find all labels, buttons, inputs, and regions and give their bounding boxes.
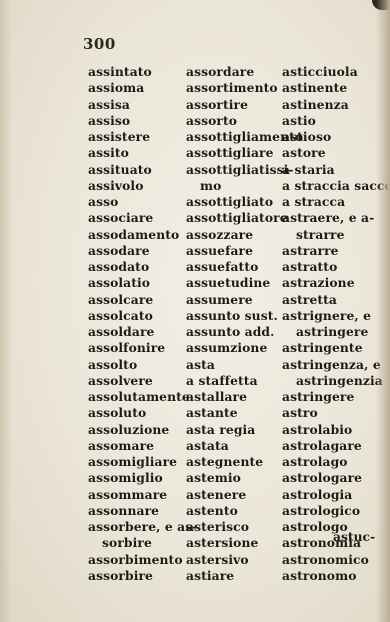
- dictionary-entry: assottigliamento: [186, 129, 286, 145]
- dictionary-entry: assonnare: [88, 503, 188, 519]
- dictionary-entry: astrazione: [282, 275, 382, 291]
- dictionary-entry: astersione: [186, 535, 286, 551]
- dictionary-entry: astenere: [186, 487, 286, 503]
- dictionary-entry: astata: [186, 438, 286, 454]
- dictionary-entry: assuefare: [186, 243, 286, 259]
- dictionary-entry: astro: [282, 405, 382, 421]
- dictionary-entry: assodare: [88, 243, 188, 259]
- dictionary-entry: assunto sust.: [186, 308, 286, 324]
- dictionary-entry: assolatio: [88, 275, 188, 291]
- dictionary-entry: assottigliatissi-: [186, 162, 286, 178]
- dictionary-entry: asta: [186, 357, 286, 373]
- dictionary-entry: assolvere: [88, 373, 188, 389]
- dictionary-entry: assuefatto: [186, 259, 286, 275]
- column-1: assintatoassiomaassisaassisoassistereass…: [88, 64, 188, 584]
- dictionary-entry: assottigliatore: [186, 210, 286, 226]
- dictionary-entry: astinente: [282, 80, 382, 96]
- dictionary-entry: assolcato: [88, 308, 188, 324]
- dictionary-entry: astratto: [282, 259, 382, 275]
- dictionary-entry: astemio: [186, 470, 286, 486]
- dictionary-entry: assisa: [88, 97, 188, 113]
- dictionary-entry: assintato: [88, 64, 188, 80]
- dictionary-entry: astraere, e a-: [282, 210, 382, 226]
- dictionary-entry: a staria: [282, 162, 382, 178]
- dictionary-entry: astrignere, e: [282, 308, 382, 324]
- dictionary-entry: astrologia: [282, 487, 382, 503]
- dictionary-entry: assorbire: [88, 568, 188, 584]
- dictionary-entry: astrolago: [282, 454, 382, 470]
- dictionary-entry: assomare: [88, 438, 188, 454]
- dictionary-entry: astringere: [282, 324, 382, 340]
- dictionary-entry: astento: [186, 503, 286, 519]
- dictionary-entry: astiare: [186, 568, 286, 584]
- dictionary-entry: assumere: [186, 292, 286, 308]
- catchword: astuc-: [333, 529, 375, 544]
- dictionary-entry: assuetudine: [186, 275, 286, 291]
- dictionary-entry: assumzione: [186, 340, 286, 356]
- dictionary-entry: astretta: [282, 292, 382, 308]
- dictionary-entry: astante: [186, 405, 286, 421]
- dictionary-entry: asso: [88, 194, 188, 210]
- dictionary-entry: astallare: [186, 389, 286, 405]
- column-2: assordareassortimentoassortireassortoass…: [186, 64, 286, 584]
- page-corner-shadow: [372, 0, 390, 10]
- dictionary-entry: astringente: [282, 340, 382, 356]
- dictionary-entry: assorto: [186, 113, 286, 129]
- dictionary-entry: assorbere, e as-: [88, 519, 188, 535]
- dictionary-entry: asterisco: [186, 519, 286, 535]
- dictionary-entry: assottigliato: [186, 194, 286, 210]
- dictionary-entry: assozzare: [186, 227, 286, 243]
- dictionary-entry: assiso: [88, 113, 188, 129]
- dictionary-entry: astore: [282, 145, 382, 161]
- dictionary-entry: assortimento: [186, 80, 286, 96]
- dictionary-entry: assodato: [88, 259, 188, 275]
- dictionary-entry: astringere: [282, 389, 382, 405]
- dictionary-entry: assodamento: [88, 227, 188, 243]
- dictionary-entry: sorbire: [88, 535, 188, 551]
- book-page: 300 assintatoassiomaassisaassisoassister…: [0, 0, 390, 622]
- dictionary-entry: assolcare: [88, 292, 188, 308]
- dictionary-entry: a stracca: [282, 194, 382, 210]
- dictionary-entry: assommare: [88, 487, 188, 503]
- dictionary-entry: astronomico: [282, 552, 382, 568]
- dictionary-entry: assolto: [88, 357, 188, 373]
- dictionary-entry: a staffetta: [186, 373, 286, 389]
- dictionary-entry: assito: [88, 145, 188, 161]
- dictionary-entry: assoluto: [88, 405, 188, 421]
- dictionary-entry: astegnente: [186, 454, 286, 470]
- column-3: asticciuolaastinenteastinenzaastioastios…: [282, 64, 382, 584]
- dictionary-entry: a straccia sacco: [282, 178, 382, 194]
- dictionary-entry: assottigliare: [186, 145, 286, 161]
- dictionary-entry: assivolo: [88, 178, 188, 194]
- dictionary-entry: astioso: [282, 129, 382, 145]
- dictionary-entry: assolfonire: [88, 340, 188, 356]
- dictionary-entry: assomiglio: [88, 470, 188, 486]
- dictionary-entry: associare: [88, 210, 188, 226]
- dictionary-entry: astinenza: [282, 97, 382, 113]
- dictionary-entry: strarre: [282, 227, 382, 243]
- dictionary-entry: assunto add.: [186, 324, 286, 340]
- dictionary-entry: astringenza, e: [282, 357, 382, 373]
- dictionary-entry: astrarre: [282, 243, 382, 259]
- dictionary-entry: astronomo: [282, 568, 382, 584]
- dictionary-entry: assortire: [186, 97, 286, 113]
- dictionary-entry: mo: [186, 178, 286, 194]
- dictionary-entry: assituato: [88, 162, 188, 178]
- dictionary-entry: astio: [282, 113, 382, 129]
- dictionary-entry: asta regia: [186, 422, 286, 438]
- dictionary-entry: assorbimento: [88, 552, 188, 568]
- dictionary-entry: assordare: [186, 64, 286, 80]
- dictionary-entry: assoldare: [88, 324, 188, 340]
- dictionary-entry: astersivo: [186, 552, 286, 568]
- page-number: 300: [83, 35, 116, 53]
- dictionary-entry: assomigliare: [88, 454, 188, 470]
- dictionary-entry: assistere: [88, 129, 188, 145]
- dictionary-entry: astrologare: [282, 470, 382, 486]
- dictionary-entry: astrolagare: [282, 438, 382, 454]
- dictionary-entry: assolutamente: [88, 389, 188, 405]
- dictionary-entry: astrologico: [282, 503, 382, 519]
- dictionary-entry: astrolabio: [282, 422, 382, 438]
- dictionary-entry: assoluzione: [88, 422, 188, 438]
- dictionary-entry: assioma: [88, 80, 188, 96]
- dictionary-entry: astringenzia: [282, 373, 382, 389]
- dictionary-entry: asticciuola: [282, 64, 382, 80]
